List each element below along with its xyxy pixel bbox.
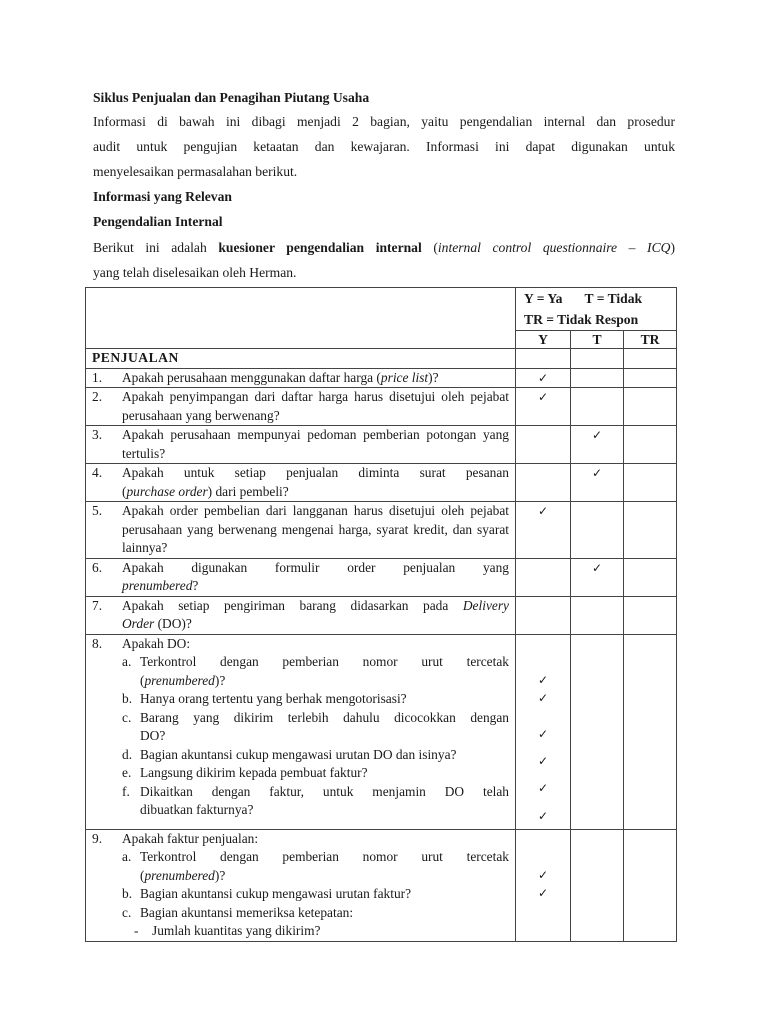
sub-question-text: Dikaitkan dengan faktur, untuk menjamin … xyxy=(140,783,509,820)
sub-line-2: (prenumbered)? xyxy=(140,867,509,886)
question-text-part: Apakah perusahaan menggunakan daftar har… xyxy=(122,370,381,385)
legend-row: Y = YaT = Tidak TR = Tidak Respon xyxy=(86,288,677,331)
document-page: Siklus Penjualan dan Penagihan Piutang U… xyxy=(0,0,768,1024)
answer-cell-t xyxy=(571,388,624,426)
question-cell: 6.Apakah digunakan formulir order penjua… xyxy=(86,558,516,596)
answer-cell-t xyxy=(571,368,624,388)
check-icon: ✓ xyxy=(516,752,570,771)
check-icon: ✓ xyxy=(592,561,602,575)
question-italic: Order xyxy=(122,616,154,631)
check-icon: ✓ xyxy=(538,371,548,385)
sub-line-1: Barang yang dikirim terlebih dahulu dico… xyxy=(140,709,509,728)
check-icon: ✓ xyxy=(516,671,570,690)
answer-cell-y: ✓ xyxy=(516,388,571,426)
question-number: 4. xyxy=(86,464,122,501)
question-text: Apakah faktur penjualan: xyxy=(122,830,509,849)
table-row: 8.Apakah DO:a.Terkontrol dengan pemberia… xyxy=(86,634,677,829)
question-text-part: )? xyxy=(428,370,438,385)
intro-line-1: Informasi di bawah ini dibagi menjadi 2 … xyxy=(93,110,675,135)
sub-line-1: Terkontrol dengan pemberian nomor urut t… xyxy=(140,848,509,867)
answer-cell-y xyxy=(516,464,571,502)
question: 8.Apakah DO: xyxy=(86,635,515,654)
icq-intro-bold: kuesioner pengendalian internal xyxy=(218,240,421,255)
question-line-1: Apakah setiap pengiriman barang didasark… xyxy=(122,597,509,616)
question: 6.Apakah digunakan formulir order penjua… xyxy=(86,559,515,596)
answer-cell-y xyxy=(516,558,571,596)
bullet-dash: - xyxy=(134,922,152,941)
question: 1.Apakah perusahaan menggunakan daftar h… xyxy=(86,369,515,388)
answer-cell-tr xyxy=(624,368,677,388)
sub-question: a.Terkontrol dengan pemberian nomor urut… xyxy=(86,653,515,690)
question-cell: 9.Apakah faktur penjualan:a.Terkontrol d… xyxy=(86,829,516,941)
question-line-1: Apakah digunakan formulir order penjuala… xyxy=(122,559,509,578)
question-cell: 2.Apakah penyimpangan dari daftar harga … xyxy=(86,388,516,426)
table-row: 2.Apakah penyimpangan dari daftar harga … xyxy=(86,388,677,426)
sub-question-letter: b. xyxy=(122,690,140,709)
answer-cell-t: ✓ xyxy=(571,464,624,502)
answer-cell-tr xyxy=(624,829,677,941)
question-number: 5. xyxy=(86,502,122,558)
question-number: 7. xyxy=(86,597,122,634)
column-header-y: Y xyxy=(516,331,571,349)
question-number: 1. xyxy=(86,369,122,388)
sub-italic: prenumbered xyxy=(144,868,214,883)
question-text: Apakah penyimpangan dari daftar harga ha… xyxy=(122,388,509,425)
question-line-2: (purchase order) dari pembeli? xyxy=(122,483,509,502)
question: 7.Apakah setiap pengiriman barang didasa… xyxy=(86,597,515,634)
table-row: 9.Apakah faktur penjualan:a.Terkontrol d… xyxy=(86,829,677,941)
icq-intro-prefix: Berikut ini adalah xyxy=(93,240,218,255)
table-row: 1.Apakah perusahaan menggunakan daftar h… xyxy=(86,368,677,388)
sub-question-text: Hanya orang tertentu yang berhak mengoto… xyxy=(140,690,509,709)
question: 5.Apakah order pembelian dari langganan … xyxy=(86,502,515,558)
question-number: 2. xyxy=(86,388,122,425)
answer-cell-tr xyxy=(624,634,677,829)
question-italic: price list xyxy=(381,370,428,385)
sub-line-2: DO? xyxy=(140,727,509,746)
question-number: 6. xyxy=(86,559,122,596)
question-text: Apakah setiap pengiriman barang didasark… xyxy=(122,597,509,634)
sub-question-letter: c. xyxy=(122,709,140,746)
sub-italic: prenumbered xyxy=(144,673,214,688)
subheading-internal-control: Pengendalian Internal xyxy=(93,210,675,235)
sub-question-text: Langsung dikirim kepada pembuat faktur? xyxy=(140,764,509,783)
question-line-2: prenumbered? xyxy=(122,577,509,596)
question-cell: 4.Apakah untuk setiap penjualan diminta … xyxy=(86,464,516,502)
sub-line-1: Dikaitkan dengan faktur, untuk menjamin … xyxy=(140,783,509,802)
check-icon: ✓ xyxy=(516,807,570,826)
column-header-t: T xyxy=(571,331,624,349)
sub-line-2: dibuatkan fakturnya? xyxy=(140,801,509,820)
answer-cell-y xyxy=(516,596,571,634)
question: 2.Apakah penyimpangan dari daftar harga … xyxy=(86,388,515,425)
legend-line-1: Y = YaT = Tidak xyxy=(524,288,676,309)
empty-cell xyxy=(571,349,624,369)
header-blank-cell xyxy=(86,288,516,349)
icq-intro-suffix: ) xyxy=(670,240,675,255)
check-icon: ✓ xyxy=(592,428,602,442)
question-text: Apakah untuk setiap penjualan diminta su… xyxy=(122,464,509,501)
sub-question: b.Hanya orang tertentu yang berhak mengo… xyxy=(86,690,515,709)
sub-question: c.Bagian akuntansi memeriksa ketepatan: xyxy=(86,904,515,923)
question: 3.Apakah perusahaan mempunyai pedoman pe… xyxy=(86,426,515,463)
question-text: Apakah perusahaan mempunyai pedoman pemb… xyxy=(122,426,509,463)
icq-intro-line-2: yang telah diselesaikan oleh Herman. xyxy=(93,261,675,286)
sub-question-letter: d. xyxy=(122,746,140,765)
answer-cell-t: ✓ xyxy=(571,558,624,596)
sub-text-part: )? xyxy=(215,673,225,688)
sub-question-text: Bagian akuntansi cukup mengawasi urutan … xyxy=(140,746,509,765)
table-row: 4.Apakah untuk setiap penjualan diminta … xyxy=(86,464,677,502)
question-text: Apakah DO: xyxy=(122,635,509,654)
sub-question: d.Bagian akuntansi cukup mengawasi uruta… xyxy=(86,746,515,765)
answer-cell-tr xyxy=(624,388,677,426)
bullet-text: Jumlah kuantitas yang dikirim? xyxy=(152,922,320,941)
answer-cell-tr xyxy=(624,558,677,596)
question-number: 8. xyxy=(86,635,122,654)
sub-line-2: (prenumbered)? xyxy=(140,672,509,691)
legend-tidak: T = Tidak xyxy=(584,291,642,306)
sub-question: b.Bagian akuntansi cukup mengawasi uruta… xyxy=(86,885,515,904)
table-row: 3.Apakah perusahaan mempunyai pedoman pe… xyxy=(86,426,677,464)
question-text-part: (DO)? xyxy=(154,616,192,631)
answer-cell-y: ✓✓ xyxy=(516,829,571,941)
sub-question-text: Barang yang dikirim terlebih dahulu dico… xyxy=(140,709,509,746)
subheading-relevant-info: Informasi yang Relevan xyxy=(93,185,675,210)
question-text: Apakah perusahaan menggunakan daftar har… xyxy=(122,369,509,388)
empty-cell xyxy=(516,349,571,369)
question: 4.Apakah untuk setiap penjualan diminta … xyxy=(86,464,515,501)
sub-question-letter: a. xyxy=(122,848,140,885)
answer-cell-y: ✓✓✓✓✓✓ xyxy=(516,634,571,829)
sub-question: e.Langsung dikirim kepada pembuat faktur… xyxy=(86,764,515,783)
check-icon: ✓ xyxy=(516,866,570,885)
legend-ya: Y = Ya xyxy=(524,291,562,306)
icq-table: Y = YaT = Tidak TR = Tidak Respon Y T TR… xyxy=(85,287,677,942)
sub-question-letter: e. xyxy=(122,764,140,783)
answer-cell-y: ✓ xyxy=(516,368,571,388)
check-icon: ✓ xyxy=(538,390,548,404)
answer-cell-y xyxy=(516,426,571,464)
sub-question-text: Terkontrol dengan pemberian nomor urut t… xyxy=(140,848,509,885)
question-text-part: ? xyxy=(192,578,198,593)
question-line-2: Order (DO)? xyxy=(122,615,509,634)
question-line-1: Apakah untuk setiap penjualan diminta su… xyxy=(122,464,509,483)
sub-text-part: )? xyxy=(215,868,225,883)
check-icon: ✓ xyxy=(538,504,548,518)
bullet-item: -Jumlah kuantitas yang dikirim? xyxy=(86,922,515,941)
sub-question: c.Barang yang dikirim terlebih dahulu di… xyxy=(86,709,515,746)
question-text-part: Apakah untuk setiap penjualan diminta su… xyxy=(122,465,509,480)
document-heading: Siklus Penjualan dan Penagihan Piutang U… xyxy=(93,86,675,111)
sub-question-text: Bagian akuntansi cukup mengawasi urutan … xyxy=(140,885,509,904)
sub-question: f.Dikaitkan dengan faktur, untuk menjami… xyxy=(86,783,515,820)
column-header-tr: TR xyxy=(624,331,677,349)
answer-cell-t: ✓ xyxy=(571,426,624,464)
check-icon: ✓ xyxy=(516,779,570,798)
intro-line-3: menyelesaikan permasalahan berikut. xyxy=(93,160,675,185)
section-row: PENJUALAN xyxy=(86,349,677,369)
check-icon: ✓ xyxy=(516,725,570,744)
icq-intro-paren: ( xyxy=(422,240,438,255)
legend-line-2: TR = Tidak Respon xyxy=(524,309,676,330)
question-number: 3. xyxy=(86,426,122,463)
answer-cell-t xyxy=(571,596,624,634)
sub-question-text: Terkontrol dengan pemberian nomor urut t… xyxy=(140,653,509,690)
question-italic: prenumbered xyxy=(122,578,192,593)
answer-cell-tr xyxy=(624,426,677,464)
sub-line-1: Terkontrol dengan pemberian nomor urut t… xyxy=(140,653,509,672)
question-text-part: Apakah setiap pengiriman barang didasark… xyxy=(122,598,463,613)
answer-cell-t xyxy=(571,634,624,829)
table-row: 7.Apakah setiap pengiriman barang didasa… xyxy=(86,596,677,634)
sub-question-text: Bagian akuntansi memeriksa ketepatan: xyxy=(140,904,509,923)
table-row: 6.Apakah digunakan formulir order penjua… xyxy=(86,558,677,596)
sub-question-letter: a. xyxy=(122,653,140,690)
intro-line-2: audit untuk pengujian ketaatan dan kewaj… xyxy=(93,135,675,160)
question-text: Apakah order pembelian dari langganan ha… xyxy=(122,502,509,558)
check-icon: ✓ xyxy=(516,884,570,903)
legend-cell: Y = YaT = Tidak TR = Tidak Respon xyxy=(516,288,677,331)
answer-cell-tr xyxy=(624,464,677,502)
sub-question-letter: c. xyxy=(122,904,140,923)
answer-cell-y: ✓ xyxy=(516,502,571,559)
question-number: 9. xyxy=(86,830,122,849)
sub-question-letter: f. xyxy=(122,783,140,820)
question-text-part: Apakah digunakan formulir order penjuala… xyxy=(122,560,509,575)
question-cell: 7.Apakah setiap pengiriman barang didasa… xyxy=(86,596,516,634)
question-cell: 5.Apakah order pembelian dari langganan … xyxy=(86,502,516,559)
question: 9.Apakah faktur penjualan: xyxy=(86,830,515,849)
icq-intro-line-1: Berikut ini adalah kuesioner pengendalia… xyxy=(93,236,675,261)
question-cell: 3.Apakah perusahaan mempunyai pedoman pe… xyxy=(86,426,516,464)
table-row: 5.Apakah order pembelian dari langganan … xyxy=(86,502,677,559)
empty-cell xyxy=(624,349,677,369)
question-italic: purchase order xyxy=(126,484,207,499)
icq-intro-italic: internal control questionnaire – ICQ xyxy=(438,240,671,255)
answer-cell-tr xyxy=(624,502,677,559)
sub-question: a.Terkontrol dengan pemberian nomor urut… xyxy=(86,848,515,885)
section-title: PENJUALAN xyxy=(86,349,516,369)
question-text-part: ) dari pembeli? xyxy=(208,484,289,499)
question-cell: 8.Apakah DO:a.Terkontrol dengan pemberia… xyxy=(86,634,516,829)
answer-cell-t xyxy=(571,502,624,559)
answer-cell-tr xyxy=(624,596,677,634)
sub-question-letter: b. xyxy=(122,885,140,904)
question-text: Apakah digunakan formulir order penjuala… xyxy=(122,559,509,596)
answer-cell-t xyxy=(571,829,624,941)
check-icon: ✓ xyxy=(516,689,570,708)
check-icon: ✓ xyxy=(592,466,602,480)
question-cell: 1.Apakah perusahaan menggunakan daftar h… xyxy=(86,368,516,388)
question-italic: Delivery xyxy=(463,598,509,613)
